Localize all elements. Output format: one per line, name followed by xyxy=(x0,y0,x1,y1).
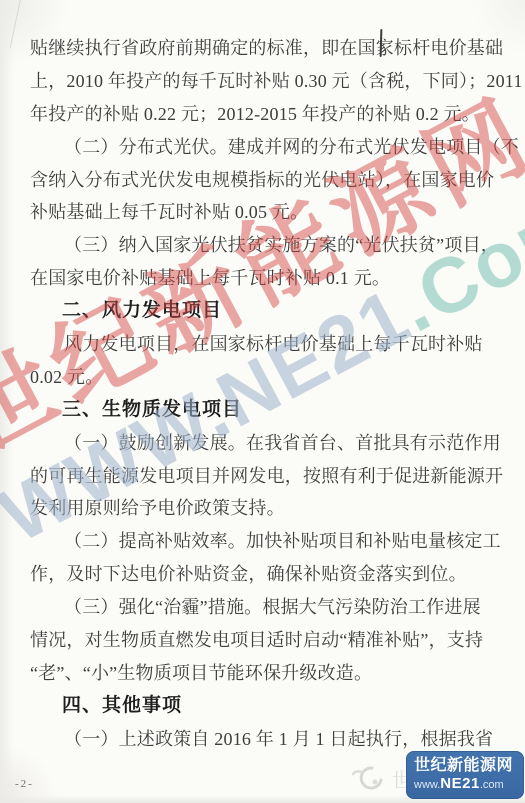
ne21-url-suffix: .com xyxy=(480,779,504,791)
text-line: 在国家电价补贴基础上每千瓦时补贴 0.1 元。 xyxy=(30,262,523,295)
section-heading: 三、生物质发电项目 xyxy=(30,394,523,427)
text-line: （三）强化“治霾”措施。根据大气污染防治工作进展 xyxy=(30,591,523,624)
text-line: 的可再生能源发电项目并网发电，按照有利于促进新能源开 xyxy=(30,460,523,493)
section-heading: 四、其他事项 xyxy=(30,690,523,723)
ne21-logo[interactable]: 世纪新能源网 www.NE21.com xyxy=(406,751,524,799)
text-line: 贴继续执行省政府前期确定的标准，即在国家标杆电价基础 xyxy=(30,32,523,65)
text-line: （二）提高补贴效率。加快补贴项目和补贴电量核定工 xyxy=(30,525,523,558)
text-line: （二）分布式光伏。建成并网的分布式光伏发电项目（不 xyxy=(30,131,523,164)
text-line: 上，2010 年投产的每千瓦时补贴 0.30 元（含税，下同）；2011 xyxy=(30,65,523,98)
document-body: 贴继续执行省政府前期确定的标准，即在国家标杆电价基础上，2010 年投产的每千瓦… xyxy=(30,32,523,756)
text-line: 情况，对生物质直燃发电项目适时启动“精准补贴”，支持 xyxy=(30,624,523,657)
document-page: 贴继续执行省政府前期确定的标准，即在国家标杆电价基础上，2010 年投产的每千瓦… xyxy=(0,0,525,803)
text-line: 含纳入分布式光伏发电规模指标的光伏电站），在国家电价 xyxy=(30,164,523,197)
ne21-url-domain: NE21 xyxy=(440,775,480,792)
text-line: “老”、“小”生物质项目节能环保升级改造。 xyxy=(30,657,523,690)
sun-swirl-icon xyxy=(348,760,388,796)
ne21-logo-url: www.NE21.com xyxy=(414,776,524,793)
text-line: （三）纳入国家光伏扶贫实施方案的“光伏扶贫”项目， xyxy=(30,229,523,262)
page-number: -2- xyxy=(15,778,34,790)
text-line: （一）鼓励创新发展。在我省首台、首批具有示范作用 xyxy=(30,427,523,460)
section-heading: 二、风力发电项目 xyxy=(30,295,523,328)
ne21-url-prefix: www. xyxy=(414,779,440,791)
text-line: 补贴基础上每千瓦时补贴 0.05 元。 xyxy=(30,196,523,229)
text-line: 发利用原则给予电价政策支持。 xyxy=(30,492,523,525)
text-line: 年投产的补贴 0.22 元；2012-2015 年投产的补贴 0.2 元。 xyxy=(30,98,523,131)
text-line: 0.02 元。 xyxy=(30,361,523,394)
text-line: 作，及时下达电价补贴资金，确保补贴资金落实到位。 xyxy=(30,558,523,591)
text-line: 风力发电项目，在国家标杆电价基础上每千瓦时补贴 xyxy=(30,328,523,361)
scan-crease xyxy=(10,0,23,48)
ne21-logo-title: 世纪新能源网 xyxy=(414,756,524,776)
